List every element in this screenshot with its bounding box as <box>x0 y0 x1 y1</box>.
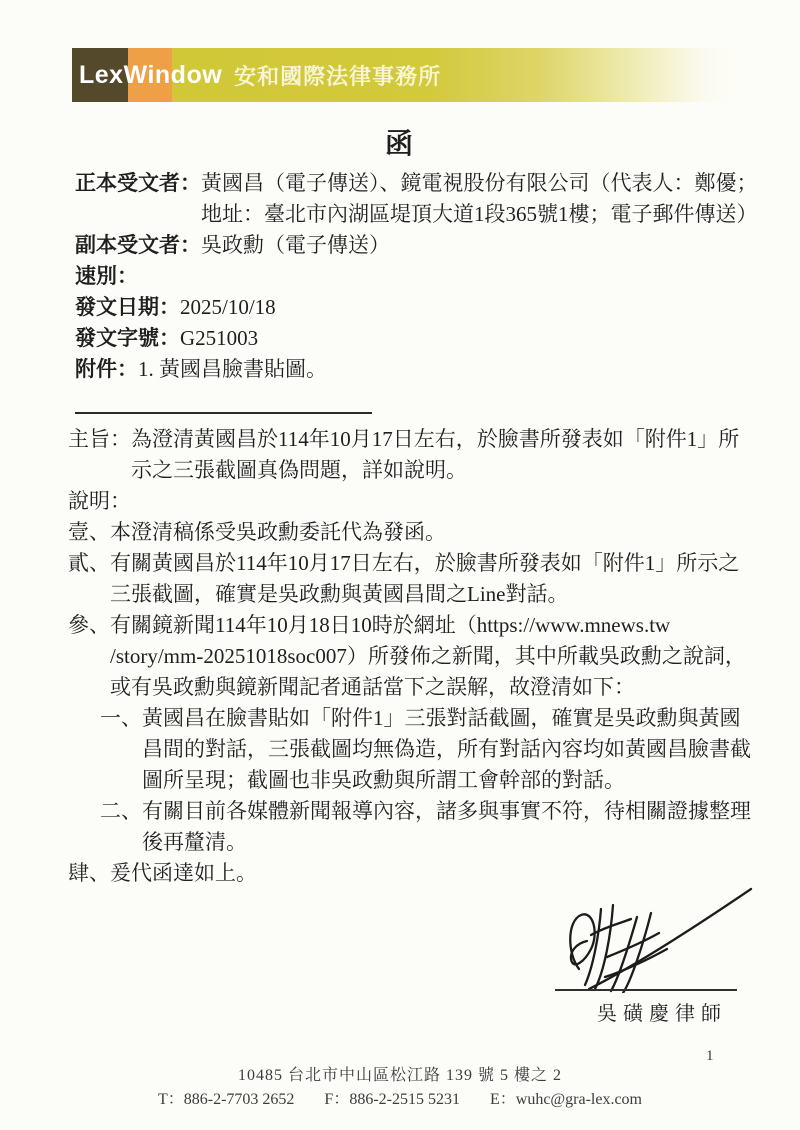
body-line: 有關鏡新聞114年10月18日10時於網址（https://www.mnews.… <box>110 610 746 641</box>
body-item-3: 參、 有關鏡新聞114年10月18日10時於網址（https://www.mne… <box>68 610 740 703</box>
meta-label-attachment: 附件： <box>75 354 138 385</box>
firm-logo-latin: LexWindow <box>79 61 222 90</box>
body-line: 有關目前各媒體新聞報導內容，諸多與事實不符，待相關證據整理 <box>142 796 751 827</box>
handwritten-signature-scribble <box>545 883 760 993</box>
body-subitem-2: 二、 有關目前各媒體新聞報導內容，諸多與事實不符，待相關證據整理 後再釐清。 <box>100 796 740 858</box>
footer-telephone: T：886-2-7703 2652 <box>158 1091 294 1108</box>
scanned-letter-page: LexWindow 安和國際法律事務所 函 正本受文者： 黃國昌（電子傳送）、鏡… <box>0 0 800 1130</box>
meta-value-ref-no: G251003 <box>180 323 258 354</box>
meta-label-cc-recipient: 副本受文者： <box>75 230 201 261</box>
body-line: 有關黃國昌於114年10月17日左右，於臉書所發表如「附件1」所示之 <box>110 548 739 579</box>
body-subitem-1: 一、 黃國昌在臉書貼如「附件1」三張對話截圖，確實是吳政勳與黃國 昌間的對話，三… <box>100 703 740 796</box>
footer-address: 10485 台北市中山區松江路 139 號 5 樓之 2 <box>0 1062 800 1085</box>
meta-label-ref-no: 發文字號： <box>75 323 180 354</box>
body-item-2: 貳、 有關黃國昌於114年10月17日左右，於臉書所發表如「附件1」所示之 三張… <box>68 548 740 610</box>
body-line: 或有吳政勳與鏡新聞記者通話當下之誤解，故澄清如下： <box>110 672 746 703</box>
firm-logo-chinese: 安和國際法律事務所 <box>234 60 441 91</box>
meta-block: 正本受文者： 黃國昌（電子傳送）、鏡電視股份有限公司（代表人：鄭優； 地址：臺北… <box>75 168 755 385</box>
meta-date: 發文日期： 2025/10/18 <box>75 292 755 323</box>
meta-value-cc-recipient: 吳政勳（電子傳送） <box>201 230 390 261</box>
body-line: /story/mm-20251018soc007）所發佈之新聞，其中所載吳政勳之… <box>110 641 746 672</box>
signature-name: 吳磺慶律師 <box>597 997 727 1026</box>
meta-cc-recipient: 副本受文者： 吳政勳（電子傳送） <box>75 230 755 261</box>
document-title: 函 <box>0 122 800 162</box>
subject-paragraph: 主旨： 為澄清黃國昌於114年10月17日左右，於臉書所發表如「附件1」所 示之… <box>68 424 740 486</box>
signature-underline <box>555 989 737 991</box>
body-line: 圖所呈現；截圖也非吳政勳與所謂工會幹部的對話。 <box>142 765 751 796</box>
meta-value-attachment: 1. 黃國昌臉書貼圖。 <box>138 354 327 385</box>
body-line: 昌間的對話，三張截圖均無偽造，所有對話內容均如黃國昌臉書截 <box>142 734 751 765</box>
footer-fax: F：886-2-2515 5231 <box>324 1091 460 1108</box>
subject-line: 為澄清黃國昌於114年10月17日左右，於臉書所發表如「附件1」所 <box>131 424 739 455</box>
subject-line: 示之三張截圖真偽問題，詳如說明。 <box>131 455 739 486</box>
signature-block: 吳磺慶律師 <box>545 883 760 1033</box>
body-line: 爰代函達如上。 <box>110 858 257 889</box>
item-marker: 貳、 <box>68 548 110 579</box>
meta-value-date: 2025/10/18 <box>180 292 276 323</box>
body-line: 三張截圖，確實是吳政勳與黃國昌間之Line對話。 <box>110 579 739 610</box>
section-divider <box>75 412 372 414</box>
meta-label-priority: 速別： <box>75 261 138 292</box>
subitem-marker: 一、 <box>100 703 142 734</box>
meta-priority: 速別： <box>75 261 755 292</box>
item-marker: 肆、 <box>68 858 110 889</box>
subitem-marker: 二、 <box>100 796 142 827</box>
body-line: 本澄清稿係受吳政勳委託代為發函。 <box>110 517 446 548</box>
letter-body: 主旨： 為澄清黃國昌於114年10月17日左右，於臉書所發表如「附件1」所 示之… <box>68 424 740 889</box>
body-line: 後再釐清。 <box>142 827 751 858</box>
meta-ref-no: 發文字號： G251003 <box>75 323 755 354</box>
explanation-header: 說明： <box>68 486 740 517</box>
footer-contacts: T：886-2-7703 2652 F：886-2-2515 5231 E：wu… <box>0 1086 800 1109</box>
meta-value-primary-recipient-line1: 黃國昌（電子傳送）、鏡電視股份有限公司（代表人：鄭優； <box>201 168 758 199</box>
meta-label-date: 發文日期： <box>75 292 180 323</box>
item-marker: 壹、 <box>68 517 110 548</box>
item-marker: 參、 <box>68 610 110 641</box>
meta-primary-recipient: 正本受文者： 黃國昌（電子傳送）、鏡電視股份有限公司（代表人：鄭優； 地址：臺北… <box>75 168 755 230</box>
footer-email: E：wuhc@gra-lex.com <box>490 1091 642 1108</box>
subject-label: 主旨： <box>68 424 131 455</box>
meta-value-primary-recipient-line2: 地址：臺北市內湖區堤頂大道1段365號1樓；電子郵件傳送） <box>201 199 758 230</box>
firm-logo: LexWindow 安和國際法律事務所 <box>79 48 441 102</box>
letterhead-banner: LexWindow 安和國際法律事務所 <box>72 48 736 102</box>
body-line: 黃國昌在臉書貼如「附件1」三張對話截圖，確實是吳政勳與黃國 <box>142 703 751 734</box>
page-number: 1 <box>706 1048 714 1065</box>
meta-attachment: 附件： 1. 黃國昌臉書貼圖。 <box>75 354 755 385</box>
meta-label-primary-recipient: 正本受文者： <box>75 168 201 199</box>
body-item-1: 壹、 本澄清稿係受吳政勳委託代為發函。 <box>68 517 740 548</box>
